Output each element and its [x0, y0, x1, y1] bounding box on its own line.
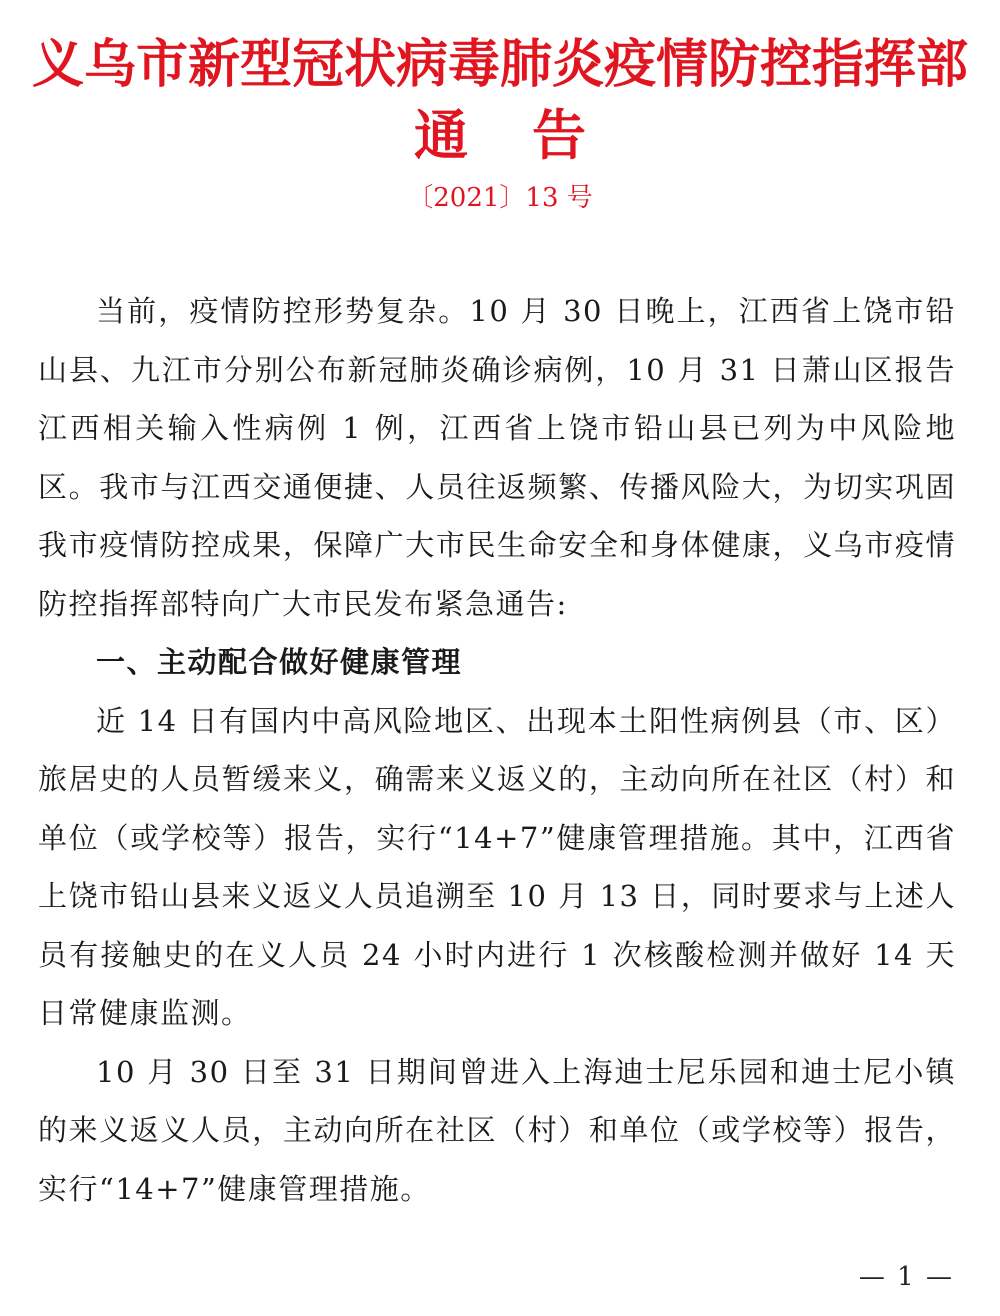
document-body: 当前，疫情防控形势复杂。10 月 30 日晚上，江西省上饶市铅山县、九江市分别公… — [38, 282, 956, 1218]
document-number: 〔2021〕13 号 — [0, 178, 1000, 218]
subtitle-char-1: 通 — [414, 100, 468, 170]
intro-paragraph: 当前，疫情防控形势复杂。10 月 30 日晚上，江西省上饶市铅山县、九江市分别公… — [38, 282, 956, 633]
notice-subtitle: 通告 — [0, 100, 1000, 170]
section1-paragraph-1: 近 14 日有国内中高风险地区、出现本土阳性病例县（市、区）旅居史的人员暂缓来义… — [38, 692, 956, 1043]
section-heading-1: 一、主动配合做好健康管理 — [38, 633, 956, 692]
notice-title: 义乌市新型冠状病毒肺炎疫情防控指挥部 — [0, 30, 1000, 100]
section1-paragraph-2: 10 月 30 日至 31 日期间曾进入上海迪士尼乐园和迪士尼小镇的来义返义人员… — [38, 1043, 956, 1219]
subtitle-char-2: 告 — [532, 100, 586, 170]
page-number: — 1 — — [859, 1262, 954, 1292]
